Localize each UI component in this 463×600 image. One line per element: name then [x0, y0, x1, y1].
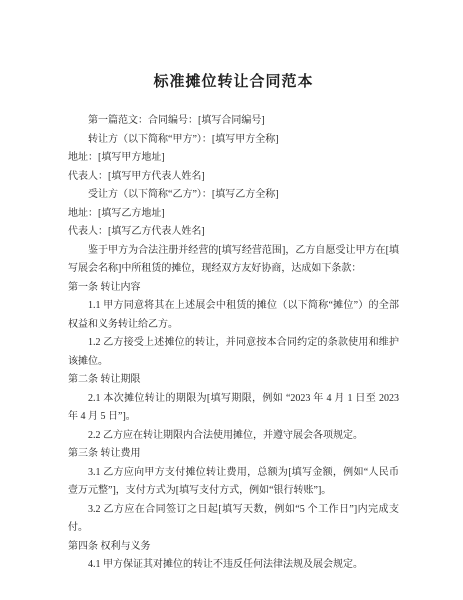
transferee-line: 受让方（以下简称“乙方”）：[填写乙方全称]	[68, 186, 399, 205]
contract-number-line: 第一篇范文：合同编号：[填写合同编号]	[68, 112, 399, 131]
preamble-paragraph: 鉴于甲方为合法注册并经营的[填写经营范围]，乙方自愿受让甲方在[填写展会名称]中…	[68, 242, 399, 279]
clause-1-2: 1.2 乙方接受上述摊位的转让，并同意按本合同约定的条款使用和维护该摊位。	[68, 334, 399, 371]
article-3-heading: 第三条 转让费用	[68, 445, 399, 464]
transferor-address-line: 地址：[填写甲方地址]	[68, 149, 399, 168]
transferor-line: 转让方（以下简称“甲方”）：[填写甲方全称]	[68, 131, 399, 150]
transferor-representative-line: 代表人：[填写甲方代表人姓名]	[68, 168, 399, 187]
document-title: 标准摊位转让合同范本	[68, 70, 399, 91]
clause-1-1: 1.1 甲方同意将其在上述展会中租赁的摊位（以下简称“摊位”）的全部权益和义务转…	[68, 297, 399, 334]
clause-3-1: 3.1 乙方应向甲方支付摊位转让费用，总额为[填写金额，例如“人民币壹万元整”]…	[68, 464, 399, 501]
document-page: 标准摊位转让合同范本 第一篇范文：合同编号：[填写合同编号] 转让方（以下简称“…	[0, 0, 463, 600]
clause-2-1: 2.1 本次摊位转让的期限为[填写期限，例如 “2023 年 4 月 1 日至 …	[68, 390, 399, 427]
transferee-representative-line: 代表人：[填写乙方代表人姓名]	[68, 223, 399, 242]
article-2-heading: 第二条 转让期限	[68, 371, 399, 390]
article-1-heading: 第一条 转让内容	[68, 279, 399, 298]
article-4-heading: 第四条 权利与义务	[68, 538, 399, 557]
transferee-address-line: 地址：[填写乙方地址]	[68, 205, 399, 224]
clause-4-1: 4.1 甲方保证其对摊位的转让不违反任何法律法规及展会规定。	[68, 556, 399, 575]
clause-3-2: 3.2 乙方应在合同签订之日起[填写天数，例如“5 个工作日”]内完成支付。	[68, 501, 399, 538]
clause-2-2: 2.2 乙方应在转让期限内合法使用摊位，并遵守展会各项规定。	[68, 427, 399, 446]
